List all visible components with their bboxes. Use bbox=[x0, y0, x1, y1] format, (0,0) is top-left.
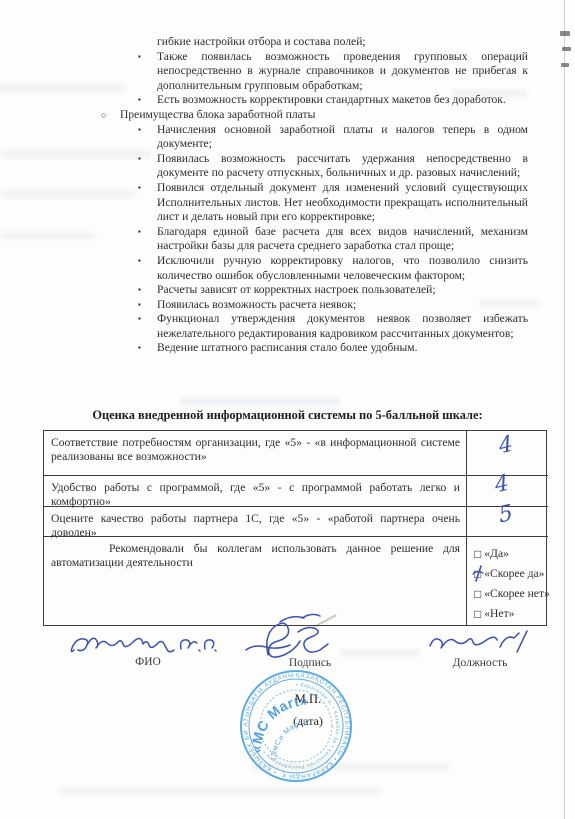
list-item: ▪ Начисления основной заработной платы и… bbox=[138, 123, 528, 152]
bullet-list: гибкие настройки отбора и состава полей;… bbox=[0, 35, 575, 356]
list-item: ▪ Исключили ручную корректировку налогов… bbox=[138, 254, 528, 283]
list-item: ▪ Благодаря единой базе расчета для всех… bbox=[138, 225, 528, 254]
table-answer: 5 bbox=[466, 507, 548, 537]
list-item: ▪ Появилась возможность расчета неявок; bbox=[138, 298, 528, 313]
option-label: «Скорее нет» bbox=[484, 587, 550, 601]
rating-table: Соответствие потребностям организации, г… bbox=[43, 430, 547, 626]
scan-artifact bbox=[180, 398, 340, 405]
option-skoree-da: □ «Скорее да» bbox=[474, 564, 548, 584]
list-item-text: Расчеты зависят от корректных настроек п… bbox=[157, 283, 528, 298]
square-bullet-icon: ▪ bbox=[138, 225, 157, 254]
checkbox-options: □ «Да» □ «Скорее да» □ «Скорее нет» □ bbox=[467, 537, 548, 624]
handwritten-score: 5 bbox=[498, 506, 514, 523]
square-bullet-icon: ▪ bbox=[138, 152, 157, 181]
list-item-text: Функционал утверждения документов неявок… bbox=[157, 312, 528, 341]
signature-dolzhnost bbox=[424, 628, 534, 656]
signature-fio bbox=[68, 630, 218, 658]
square-bullet-icon: ▪ bbox=[138, 254, 157, 283]
document-page: гибкие настройки отбора и состава полей;… bbox=[0, 0, 575, 819]
table-question: Соответствие потребностям организации, г… bbox=[44, 431, 466, 476]
square-bullet-icon: ▪ bbox=[138, 93, 157, 108]
option-skoree-net: □ «Скорее нет» bbox=[474, 584, 548, 604]
option-label: «Да» bbox=[484, 547, 509, 561]
circle-bullet-icon: ○ bbox=[101, 108, 120, 123]
option-net: □ «Нет» bbox=[474, 604, 548, 624]
checkbox-icon: □ bbox=[474, 608, 481, 620]
signature-podpis bbox=[240, 610, 345, 662]
square-bullet-icon: ▪ bbox=[138, 181, 157, 225]
option-label: «Скорее да» bbox=[484, 567, 544, 581]
square-bullet-icon: ▪ bbox=[138, 312, 157, 341]
square-bullet-icon: ▪ bbox=[138, 341, 157, 356]
list-item-text: гибкие настройки отбора и состава полей; bbox=[157, 35, 528, 50]
company-stamp: ҚАЗАҚСТАН РЕСПУБЛИКАСЫ • ҚАРАҒАНДЫ Қ. • … bbox=[238, 668, 354, 784]
list-item: ▪ Есть возможность корректировки стандар… bbox=[138, 93, 528, 108]
square-bullet-icon: ▪ bbox=[138, 298, 157, 313]
list-item-text: Начисления основной заработной платы и н… bbox=[157, 123, 528, 152]
list-item-text: Есть возможность корректировки стандартн… bbox=[157, 93, 528, 108]
dolzhnost-label: Должность bbox=[430, 657, 530, 669]
option-label: «Нет» bbox=[484, 607, 514, 621]
table-question: Удобство работы с программой, где «5» - … bbox=[44, 476, 466, 507]
list-item-text: Благодаря единой базе расчета для всех в… bbox=[157, 225, 528, 254]
list-item: гибкие настройки отбора и состава полей; bbox=[157, 35, 528, 50]
pen-check-icon bbox=[471, 563, 487, 583]
table-answer: □ «Да» □ «Скорее да» □ «Скорее нет» □ bbox=[466, 537, 548, 625]
list-item: ▪ Появился отдельный документ для измене… bbox=[138, 181, 528, 225]
checkbox-icon: □ bbox=[474, 548, 481, 560]
handwritten-score: 4 bbox=[494, 476, 510, 493]
list-item: ▪ Также появилась возможность проведения… bbox=[138, 50, 528, 94]
list-item-text: Появился отдельный документ для изменени… bbox=[157, 181, 528, 225]
list-item-text: Исключили ручную корректировку налогов, … bbox=[157, 254, 528, 283]
list-item: ▪ Функционал утверждения документов неяв… bbox=[138, 312, 528, 341]
list-item-text: Появилась возможность рассчитать удержан… bbox=[157, 152, 528, 181]
square-bullet-icon: ▪ bbox=[138, 283, 157, 298]
scan-artifact bbox=[340, 650, 420, 657]
list-item: ▪ Появилась возможность рассчитать удерж… bbox=[138, 152, 528, 181]
handwritten-score: 4 bbox=[498, 437, 514, 454]
fio-label: ФИО bbox=[108, 656, 188, 668]
checkbox-icon: □ bbox=[474, 588, 481, 600]
square-bullet-icon: ▪ bbox=[138, 50, 157, 94]
scan-artifact bbox=[60, 787, 380, 795]
option-da: □ «Да» bbox=[474, 544, 548, 564]
list-item-text: Также появилась возможность проведения г… bbox=[157, 50, 528, 94]
list-item-text: Появилась возможность расчета неявок; bbox=[157, 298, 528, 313]
table-answer: 4 bbox=[466, 431, 548, 476]
list-item: ○ Преимущества блока заработной платы bbox=[101, 108, 528, 123]
table-question: Оцените качество работы партнера 1С, где… bbox=[44, 507, 466, 537]
list-item: ▪ Расчеты зависят от корректных настроек… bbox=[138, 283, 528, 298]
square-bullet-icon: ▪ bbox=[138, 123, 157, 152]
list-item: ▪ Ведение штатного расписания стало боле… bbox=[138, 341, 528, 356]
section-heading: Оценка внедренной информационной системы… bbox=[0, 408, 575, 423]
list-item-text: Преимущества блока заработной платы bbox=[120, 108, 528, 123]
list-item-text: Ведение штатного расписания стало более … bbox=[157, 341, 528, 356]
